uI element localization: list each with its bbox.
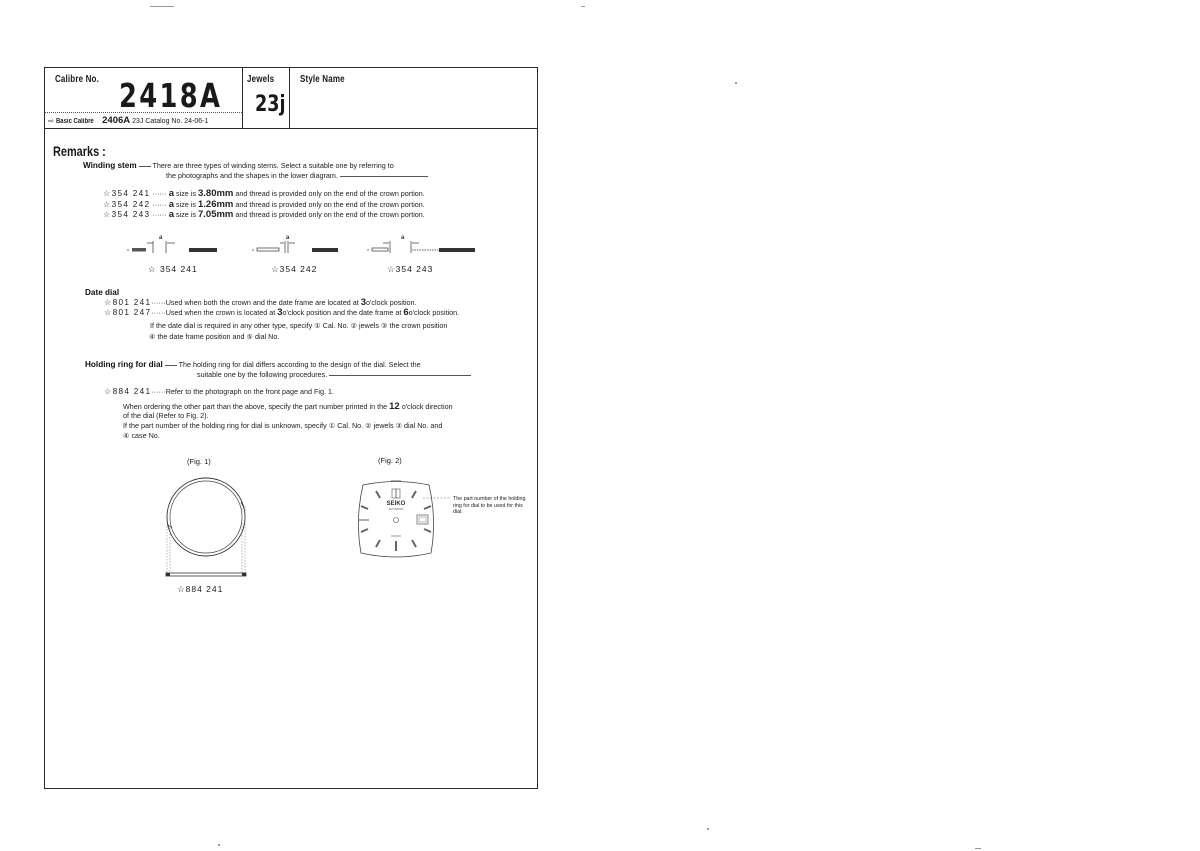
holding-ring-intro-line1: The holding ring for dial differs accord… xyxy=(179,360,421,369)
holding-ring-note1-line2: of the dial (Refer to Fig. 2). xyxy=(123,411,209,420)
holding-ring-intro-line2-wrap: suitable one by the following procedures… xyxy=(197,370,471,379)
stem-diagram-243: a xyxy=(367,235,475,253)
dial-figure: SEIKO AUTOMATIC xyxy=(351,479,461,569)
svg-text:a: a xyxy=(286,235,290,241)
note-text: When ordering the other part than the ab… xyxy=(123,402,387,411)
item-text: and thread is provided only on the end o… xyxy=(235,200,424,209)
winding-stem-title: Winding stem xyxy=(83,161,137,170)
item-text: o'clock position and the date frame at xyxy=(283,308,402,317)
arrow-icon: ⇨ xyxy=(48,118,54,125)
catalog-page: Calibre No. 2418A ⇨ Basic Calibre 2406A … xyxy=(44,67,538,789)
winding-stem-intro-line1: There are three types of winding stems. … xyxy=(152,161,393,170)
item-text: and thread is provided only on the end o… xyxy=(235,210,424,219)
holding-ring-figure xyxy=(160,476,260,580)
winding-stem-intro: Winding stem There are three types of wi… xyxy=(83,161,394,170)
svg-text:a: a xyxy=(159,235,163,241)
basic-calibre-label: Basic Calibre xyxy=(56,118,94,125)
dot-leader: ······ xyxy=(151,308,165,317)
fig2-label: (Fig. 2) xyxy=(378,456,402,465)
dimension-value: 3.80mm xyxy=(198,188,233,199)
dot-leader: ······ xyxy=(151,298,165,307)
item-text: Refer to the photograph on the front pag… xyxy=(166,387,334,396)
item-text: Used when the crown is located at xyxy=(166,308,275,317)
dotted-divider xyxy=(45,112,242,113)
holding-ring-note2-line2: ④ case No. xyxy=(123,431,160,440)
item-text: and thread is provided only on the end o… xyxy=(235,189,424,198)
dimension-value: 7.05mm xyxy=(198,209,233,220)
date-dial-note-line1: If the date dial is required in any othe… xyxy=(150,321,447,330)
item-text: o'clock position. xyxy=(409,308,460,317)
date-dial-item-801247: ☆801 247······Used when the crown is loc… xyxy=(104,307,459,318)
holding-ring-intro: Holding ring for dial The holding ring f… xyxy=(85,360,421,369)
calibre-number: 2418A xyxy=(119,76,222,115)
holding-ring-note2-line1: If the part number of the holding ring f… xyxy=(123,421,442,430)
winding-stem-item: ☆354 243 ······ a size is 7.05mm and thr… xyxy=(103,209,425,220)
dimension-label: a xyxy=(169,209,174,220)
basic-calibre-number: 2406A xyxy=(102,115,130,126)
remarks-heading: Remarks : xyxy=(53,143,106,159)
holding-ring-title: Holding ring for dial xyxy=(85,360,163,369)
stem-diagram-241: a xyxy=(127,235,217,253)
part-number: ☆354 243 xyxy=(103,210,150,219)
dial-sub: AUTOMATIC xyxy=(388,507,403,511)
part-number: ☆801 241 xyxy=(104,298,151,307)
winding-stem-intro-line2-wrap: the photographs and the shapes in the lo… xyxy=(166,171,428,180)
holding-ring-item-884241: ☆884 241······Refer to the photograph on… xyxy=(104,386,334,396)
jewels-label: Jewels xyxy=(247,74,274,85)
fig1-label: (Fig. 1) xyxy=(187,457,211,466)
dimension-label: a xyxy=(169,199,174,210)
dimension-label: a xyxy=(169,188,174,199)
scan-speck xyxy=(150,6,174,7)
stem-caption-241: ☆ 354 241 xyxy=(148,264,198,275)
jewels-cell: Jewels 23j xyxy=(243,68,290,128)
scan-speck xyxy=(975,848,981,849)
part-number: ☆884 241 xyxy=(104,387,151,396)
dot-leader: ······ xyxy=(151,387,165,396)
svg-text:a: a xyxy=(401,235,405,241)
catalog-number: Catalog No. 24-06-1 xyxy=(145,118,208,125)
jewels-value: 23j xyxy=(255,92,286,117)
calibre-cell: Calibre No. 2418A ⇨ Basic Calibre 2406A … xyxy=(45,68,243,128)
winding-stem-item: ☆354 241 ······ a size is 3.80mm and thr… xyxy=(103,188,425,199)
leader-rule xyxy=(165,365,177,366)
stem-caption-243: ☆354 243 xyxy=(387,264,433,275)
date-dial-title: Date dial xyxy=(85,288,119,297)
part-number: ☆354 242 xyxy=(103,200,150,209)
fig2-annotation: The part number of the holding ring for … xyxy=(453,496,533,516)
scan-speck xyxy=(581,6,585,7)
style-name-label: Style Name xyxy=(300,74,345,85)
basic-jewels: 23J xyxy=(132,118,143,125)
basic-calibre-line: ⇨ Basic Calibre 2406A 23J Catalog No. 24… xyxy=(48,115,208,126)
part-number: ☆801 247 xyxy=(104,308,151,317)
clock-position: 12 xyxy=(389,401,400,412)
holding-ring-intro-line2: suitable one by the following procedures… xyxy=(197,370,327,379)
winding-stem-intro-line2: the photographs and the shapes in the lo… xyxy=(166,171,338,180)
calibre-label: Calibre No. xyxy=(55,74,99,85)
dot-leader: ······ xyxy=(152,189,166,198)
date-dial-note-line2: ④ the date frame position and ⑤ dial No. xyxy=(149,332,279,341)
header-table: Calibre No. 2418A ⇨ Basic Calibre 2406A … xyxy=(45,68,537,129)
item-text: size is xyxy=(176,210,196,219)
fig1-caption: ☆884 241 xyxy=(177,584,223,595)
winding-stem-item: ☆354 242 ······ a size is 1.26mm and thr… xyxy=(103,199,425,210)
leader-rule xyxy=(340,176,428,177)
scan-speck xyxy=(218,844,220,846)
scan-speck xyxy=(707,828,709,830)
dimension-value: 1.26mm xyxy=(198,199,233,210)
dot-leader: ······ xyxy=(152,210,166,219)
leader-rule xyxy=(139,166,151,167)
dial-brand: SEIKO xyxy=(387,501,406,507)
item-text: size is xyxy=(176,200,196,209)
leader-rule xyxy=(329,375,471,376)
note-text: o'clock direction xyxy=(402,402,453,411)
stem-caption-242: ☆354 242 xyxy=(271,264,317,275)
item-text: size is xyxy=(176,189,196,198)
item-text: Used when both the crown and the date fr… xyxy=(166,298,359,307)
winding-stem-diagrams: a a a xyxy=(119,231,529,259)
item-text: o'clock position. xyxy=(366,298,417,307)
part-number: ☆354 241 xyxy=(103,189,150,198)
dot-leader: ······ xyxy=(152,200,166,209)
style-name-cell: Style Name xyxy=(290,68,537,128)
stem-diagram-242: a xyxy=(252,235,338,253)
scan-speck xyxy=(735,82,737,84)
